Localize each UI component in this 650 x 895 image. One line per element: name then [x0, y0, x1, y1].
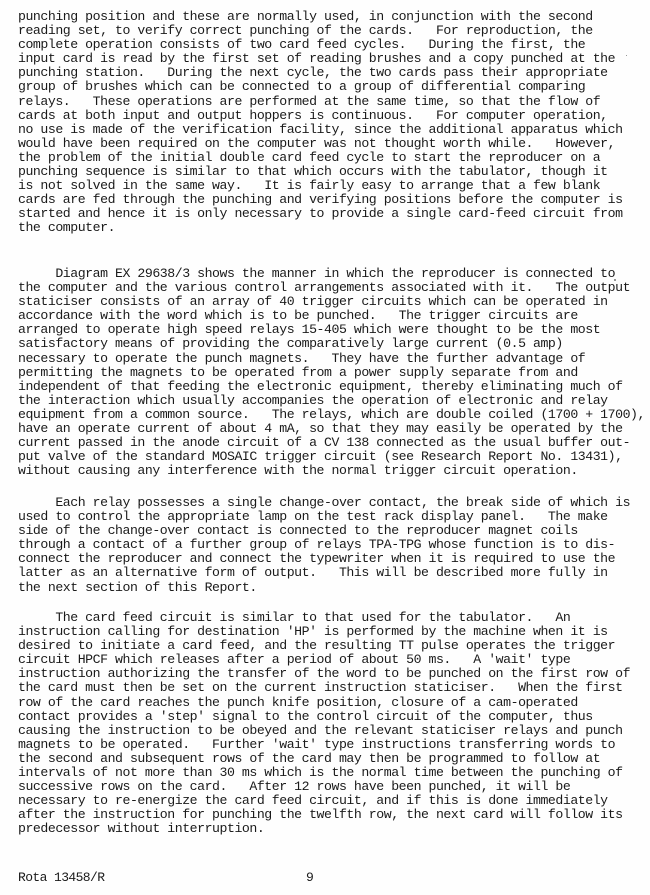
text-line: complete operation consists of two card …: [18, 38, 650, 52]
text-line: group of brushes which can be connected …: [18, 80, 650, 94]
text-line: necessary to operate the punch magnets. …: [18, 352, 650, 366]
text-line: punching position and these are normally…: [18, 10, 650, 24]
text-line: relays. These operations are performed a…: [18, 95, 650, 109]
text-line: instruction calling for destination 'HP'…: [18, 625, 650, 639]
text-line: desired to initiate a card feed, and the…: [18, 639, 650, 653]
text-line: equipment from a common source. The rela…: [18, 408, 650, 422]
text-line: the card must then be set on the current…: [18, 681, 650, 695]
text-line: without causing any interference with th…: [18, 464, 650, 478]
text-line: cards at both input and output hoppers i…: [18, 109, 650, 123]
text-line: arranged to operate high speed relays 15…: [18, 323, 650, 337]
paragraph-output-staticiser: Diagram EX 29638/3 shows the manner in w…: [18, 267, 650, 478]
text-line: would have been required on the computer…: [18, 137, 650, 151]
text-line: the computer and the various control arr…: [18, 281, 650, 295]
text-line: started and hence it is only necessary t…: [18, 207, 650, 221]
scan-speck: [626, 55, 627, 56]
text-line: put valve of the standard MOSAIC trigger…: [18, 450, 650, 464]
text-line: independent of that feeding the electron…: [18, 380, 650, 394]
text-line: have an operate current of about 4 mA, s…: [18, 422, 650, 436]
text-line: is not solved in the same way. It is fai…: [18, 179, 650, 193]
text-line: The card feed circuit is similar to that…: [18, 611, 650, 625]
text-line: successive rows on the card. After 12 ro…: [18, 780, 650, 794]
text-line: the interaction which usually accompanie…: [18, 394, 650, 408]
text-line: instruction authorizing the transfer of …: [18, 667, 650, 681]
text-line: cards are fed through the punching and v…: [18, 193, 650, 207]
text-line: the computer.: [18, 221, 650, 235]
text-line: current passed in the anode circuit of a…: [18, 436, 650, 450]
text-line: Each relay possesses a single change-ove…: [18, 496, 650, 510]
footer-reference: Rota 13458/R: [18, 870, 104, 885]
page-number: 9: [306, 870, 313, 885]
text-line: punching sequence is similar to that whi…: [18, 165, 650, 179]
text-line: accordance with the word which is to be …: [18, 309, 650, 323]
scan-speck: [614, 279, 616, 281]
text-line: side of the change-over contact is conne…: [18, 524, 650, 538]
text-line: permitting the magnets to be operated fr…: [18, 366, 650, 380]
paragraph-card-feed-circuit: The card feed circuit is similar to that…: [18, 611, 650, 837]
text-line: through a contact of a further group of …: [18, 538, 650, 552]
text-line: input card is read by the first set of r…: [18, 52, 650, 66]
paragraph-relay-contacts: Each relay possesses a single change-ove…: [18, 496, 650, 595]
text-line: necessary to re-energize the card feed c…: [18, 794, 650, 808]
document-page: punching position and these are normally…: [0, 0, 650, 895]
text-line: contact provides a 'step' signal to the …: [18, 710, 650, 724]
paragraph-reproduction-cycle: punching position and these are normally…: [18, 10, 650, 236]
text-line: the problem of the initial double card f…: [18, 151, 650, 165]
text-line: connect the reproducer and connect the t…: [18, 552, 650, 566]
text-line: intervals of not more than 30 ms which i…: [18, 766, 650, 780]
text-line: row of the card reaches the punch knife …: [18, 696, 650, 710]
text-line: predecessor without interruption.: [18, 822, 650, 836]
text-line: no use is made of the verification facil…: [18, 123, 650, 137]
text-line: punching station. During the next cycle,…: [18, 66, 650, 80]
text-line: the next section of this Report.: [18, 581, 650, 595]
text-line: after the instruction for punching the t…: [18, 808, 650, 822]
text-line: reading set, to verify correct punching …: [18, 24, 650, 38]
text-line: staticiser consists of an array of 40 tr…: [18, 295, 650, 309]
text-line: magnets to be operated. Further 'wait' t…: [18, 738, 650, 752]
text-line: causing the instruction to be obeyed and…: [18, 724, 650, 738]
text-line: satisfactory means of providing the comp…: [18, 337, 650, 351]
text-line: the second and subsequent rows of the ca…: [18, 752, 650, 766]
text-line: used to control the appropriate lamp on …: [18, 510, 650, 524]
text-line: Diagram EX 29638/3 shows the manner in w…: [18, 267, 650, 281]
text-line: latter as an alternative form of output.…: [18, 566, 650, 580]
text-line: circuit HPCF which releases after a peri…: [18, 653, 650, 667]
